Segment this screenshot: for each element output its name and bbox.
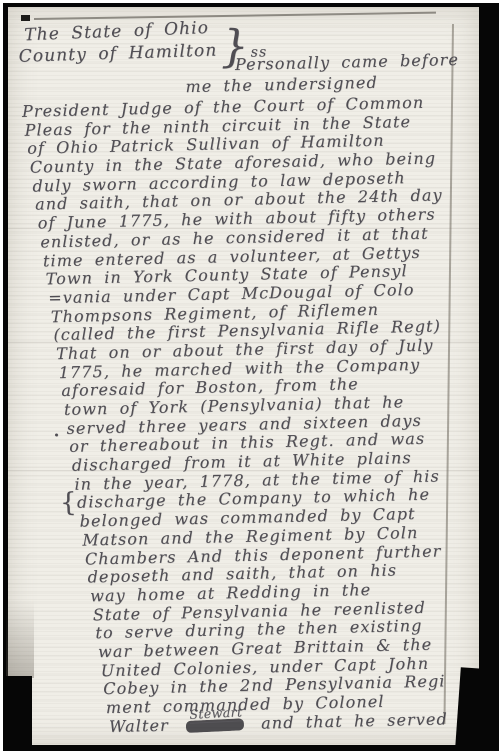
- last-line-suffix: and that he served: [261, 709, 448, 732]
- jurisdiction-header: The State of Ohio County of Hamilton } s…: [14, 14, 472, 102]
- opening-phrase-line2: me the undersigned: [185, 73, 378, 96]
- interlined-word: Stewart: [189, 704, 243, 724]
- margin-mark: {: [60, 488, 78, 518]
- last-line-prefix: Walter: [109, 715, 169, 735]
- handwritten-text: The State of Ohio County of Hamilton } s…: [14, 14, 486, 739]
- county-caption: County of Hamilton: [18, 41, 217, 67]
- page-edge-mark: [21, 15, 30, 21]
- body-lines: President Judge of the Court of CommonPl…: [16, 92, 486, 719]
- opening-phrase-line1: Personally came before: [235, 50, 459, 74]
- margin-mark: .: [53, 421, 60, 440]
- strikeout-scribble: Stewart: [186, 718, 245, 733]
- scanned-document-page: The State of Ohio County of Hamilton } s…: [0, 0, 502, 754]
